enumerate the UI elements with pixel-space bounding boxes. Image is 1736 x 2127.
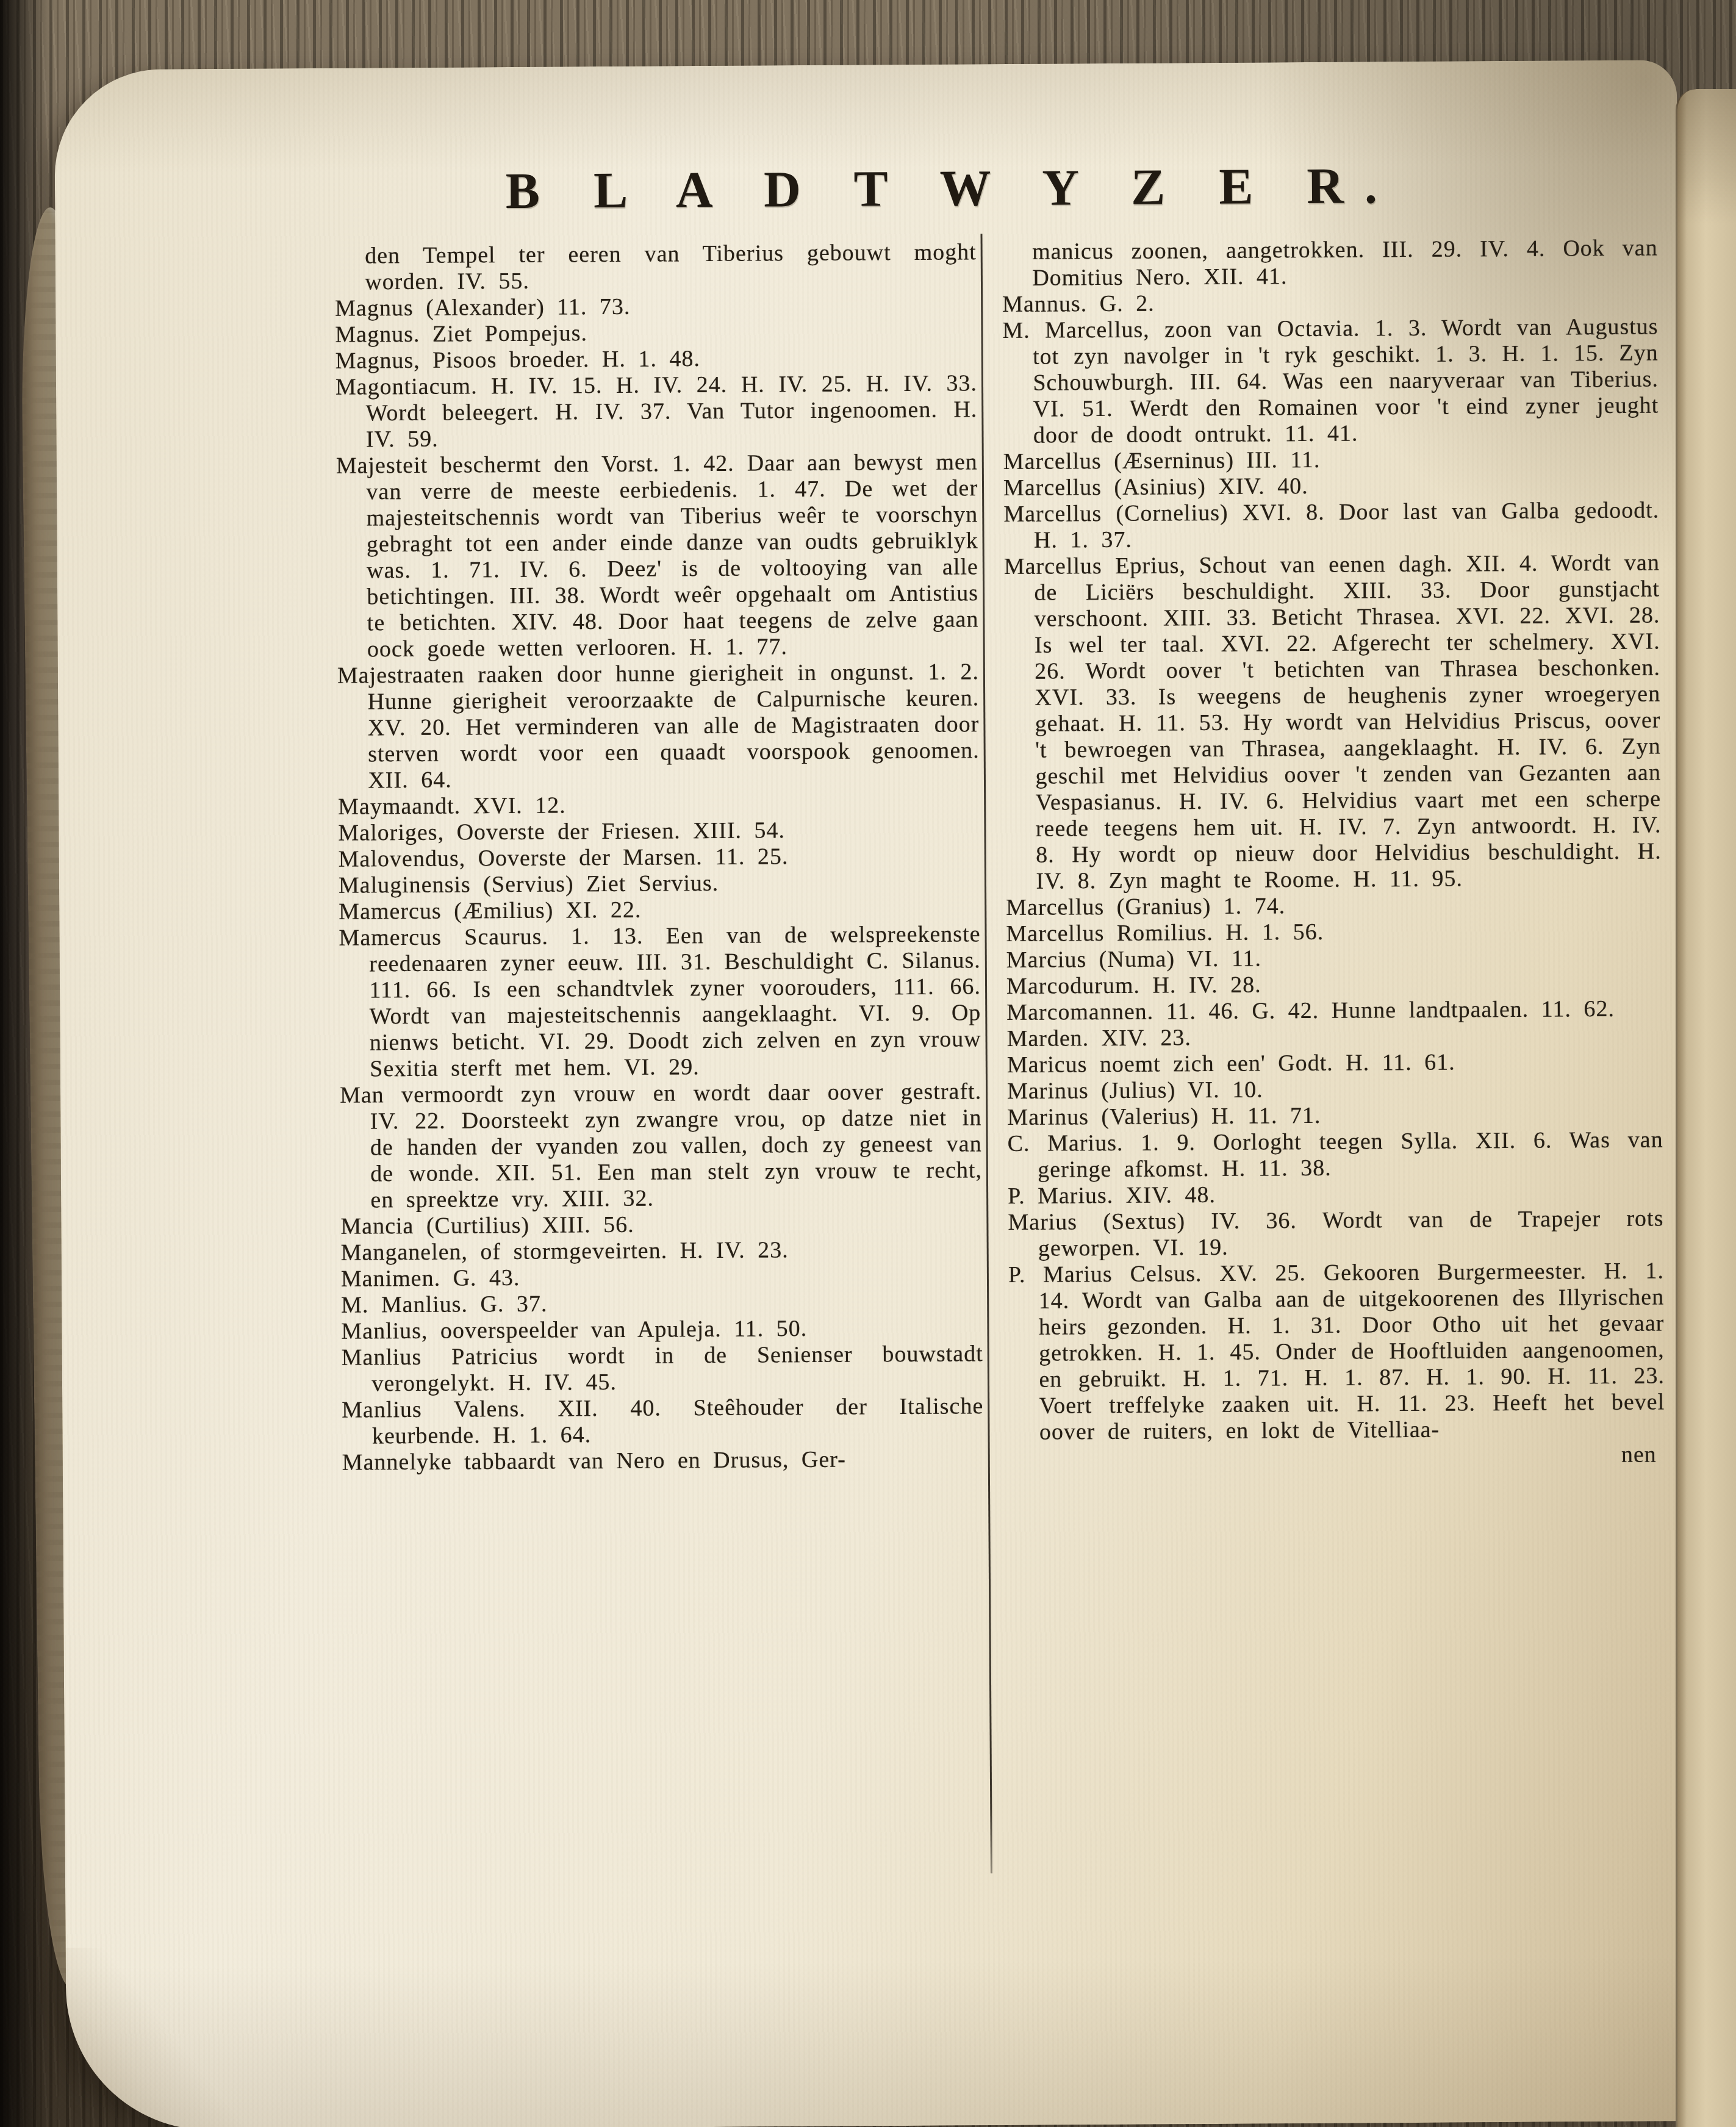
index-entry: Majesteit beschermt den Vorst. 1. 42. Da… [336,449,979,662]
index-entry: Man vermoordt zyn vrouw en wordt daar oo… [340,1078,982,1213]
index-entry: den Tempel ter eeren van Tiberius gebouw… [335,239,977,295]
index-entry: Magnus. Ziet Pompejus. [335,318,977,348]
index-entry: P. Marius. XIV. 48. [1008,1179,1663,1210]
index-entry: Marcellus (Granius) 1. 74. [1006,891,1662,921]
page-title: B L A D T W Y Z E R. [140,158,1736,219]
index-entry: Marcellus (Asinius) XIV. 40. [1003,471,1659,501]
index-entry: P. Marius Celsus. XV. 25. Gekooren Burge… [1008,1258,1665,1446]
index-entry: Marden. XIV. 23. [1006,1022,1662,1052]
index-entry: Majestraaten raaken door hunne gierighei… [337,659,980,794]
facing-page-gutter [1676,89,1736,2127]
index-entry: Marcodurum. H. IV. 28. [1006,969,1662,1000]
index-entry: Marius (Sextus) IV. 36. Wordt van de Tra… [1008,1205,1664,1262]
index-column-left: den Tempel ter eeren van Tiberius gebouw… [335,239,986,1859]
index-entry: Marcius (Numa) VI. 11. [1006,943,1662,974]
index-entry: Magontiacum. H. IV. 15. H. IV. 24. H. IV… [335,370,978,453]
index-column-right: manicus zoonen, aangetrokken. III. 29. I… [1002,235,1668,1904]
index-entry: manicus zoonen, aangetrokken. III. 29. I… [1002,235,1659,292]
index-entry: Maluginensis (Servius) Ziet Servius. [339,869,980,899]
index-entry: Marcomannen. 11. 46. G. 42. Hunne landtp… [1006,995,1662,1026]
index-entry: M. Manlius. G. 37. [341,1288,983,1318]
book-page: B L A D T W Y Z E R. den Tempel ter eere… [54,60,1690,2127]
index-entry: Marcellus (Cornelius) XVI. 8. Door last … [1003,497,1660,554]
index-entry: Maymaandt. XVI. 12. [338,790,980,820]
index-entry: Maloriges, Ooverste der Friesen. XIII. 5… [338,816,980,846]
index-entry: Magnus, Pisoos broeder. H. 1. 48. [335,344,977,374]
index-entry: Mancia (Curtilius) XIII. 56. [340,1210,982,1239]
index-entry: Manimen. G. 43. [341,1262,983,1292]
index-entry: Malovendus, Ooverste der Marsen. 11. 25. [339,842,980,872]
index-entry: Marcellus Eprius, Schout van eenen dagh.… [1004,550,1662,895]
index-entry: Magnus (Alexander) 11. 73. [335,292,977,321]
index-entry: Manlius, ooverspeelder van Apuleja. 11. … [341,1315,983,1344]
index-entry: Mannus. G. 2. [1002,287,1658,318]
index-entry: Manganelen, of stormgeveirten. H. IV. 23… [341,1236,983,1266]
index-entry: Marcellus (Æserninus) III. 11. [1003,445,1659,475]
index-entry: Mamercus Scaurus. 1. 13. Een van de wels… [339,921,981,1082]
index-entry: Mamercus (Æmilius) XI. 22. [339,895,980,925]
index-entry: C. Marius. 1. 9. Oorloght teegen Sylla. … [1007,1127,1663,1183]
index-entry: Marcellus Romilius. H. 1. 56. [1006,917,1662,947]
index-entry: Manlius Valens. XII. 40. Steêhouder der … [342,1393,984,1449]
index-entry: Marinus (Valerius) H. 11. 71. [1007,1100,1663,1131]
index-entry: M. Marcellus, zoon van Octavia. 1. 3. Wo… [1002,314,1659,449]
index-entry: Maricus noemt zich een' Godt. H. 11. 61. [1007,1048,1663,1078]
index-entry: Manlius Patricius wordt in de Senienser … [342,1341,984,1397]
catchword: nen [1010,1441,1665,1472]
index-entry: Mannelyke tabbaardt van Nero en Drusus, … [342,1446,984,1476]
index-entries-right: manicus zoonen, aangetrokken. III. 29. I… [1002,235,1665,1446]
index-entry: Marinus (Julius) VI. 10. [1007,1074,1663,1105]
